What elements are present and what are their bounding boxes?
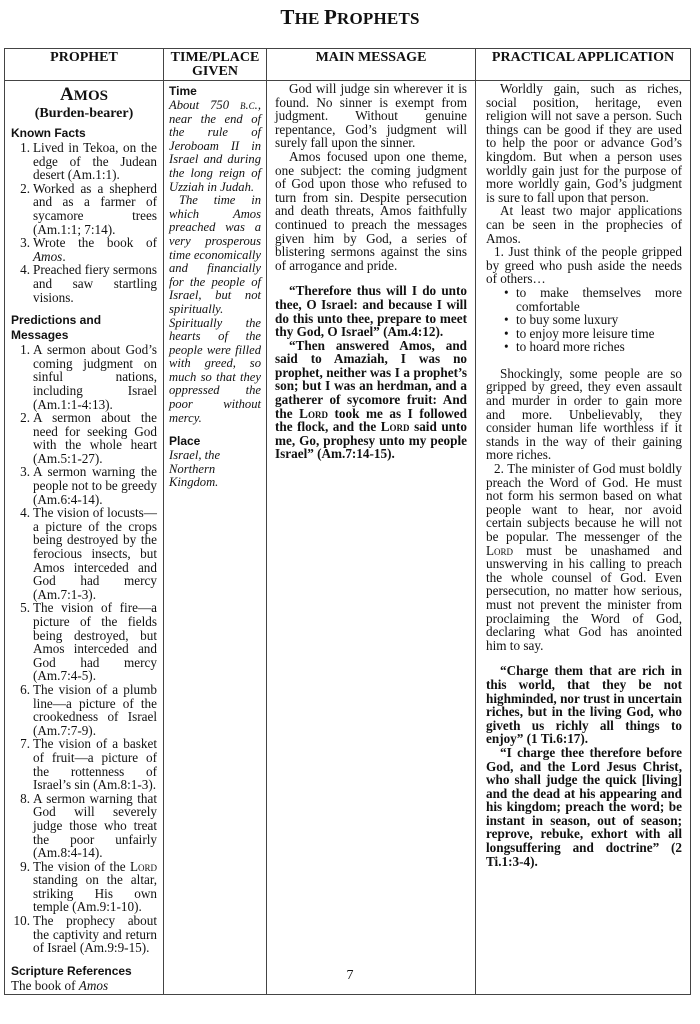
list-item: 7.The vision of a basket of fruit—a pict… xyxy=(11,737,157,791)
list-item: 9.The vision of the Lord standing on the… xyxy=(11,860,157,914)
scripture-quote-am-4-12: “Therefore thus will I do unto thee, O I… xyxy=(275,284,467,338)
item-text: The vision of fire—a picture of the fiel… xyxy=(33,600,157,683)
time-text-end: , near the end of the rule of Jeroboam I… xyxy=(169,98,261,194)
item-text: Worked as a shepherd and as a farmer of … xyxy=(33,181,157,237)
time-paragraph-2: The time in which Amos preached was a ve… xyxy=(169,194,261,425)
item-number: 4. xyxy=(11,263,30,277)
item-text: The prophecy about the captivity and ret… xyxy=(33,913,157,955)
list-item: to buy some luxury xyxy=(504,313,682,327)
item-number: 5. xyxy=(11,601,30,615)
title-initial-p: P xyxy=(324,5,337,29)
list-item: 4.The vision of locusts—a picture of the… xyxy=(11,506,157,601)
scripture-quote-2-ti-1-3: “I charge thee therefore before God, and… xyxy=(486,746,682,868)
list-item: to make themselves more comfortable xyxy=(504,286,682,313)
main-message-paragraph-2: Amos focused upon one theme, one subject… xyxy=(275,150,467,272)
page-number: 7 xyxy=(0,968,700,984)
table-header-row: PROPHET TIME/PLACE GIVEN MAIN MESSAGE PR… xyxy=(5,49,691,81)
prophet-name-rest: MOS xyxy=(74,88,108,104)
prophet-name: AMOS xyxy=(11,85,157,106)
main-message-cell: God will judge sin wherever it is found.… xyxy=(267,81,476,995)
item-text: A sermon warning the people not to be gr… xyxy=(33,464,157,506)
title-initial-t: T xyxy=(280,5,294,29)
item-text: The vision of a basket of fruit—a pictur… xyxy=(33,736,157,792)
predictions-heading: Predictions and Messages xyxy=(11,313,157,343)
list-item: 3.A sermon warning the people not to be … xyxy=(11,465,157,506)
item-number: 2. xyxy=(11,411,30,425)
prophet-name-initial: A xyxy=(60,84,74,105)
item-number: 1. xyxy=(11,343,30,357)
place-text: Israel, the Northern Kingdom. xyxy=(169,449,261,490)
header-main-message: MAIN MESSAGE xyxy=(267,49,476,81)
item-number: 6. xyxy=(11,683,30,697)
list-item: 4.Preached fiery sermons and saw startli… xyxy=(11,263,157,304)
list-item: 10.The prophecy about the captivity and … xyxy=(11,914,157,955)
header-prophet: PROPHET xyxy=(5,49,164,81)
list-item: 8.A sermon warning that God will severel… xyxy=(11,792,157,860)
scripture-quote-1-ti-6-17: “Charge them that are rich in this world… xyxy=(486,664,682,746)
known-facts-heading: Known Facts xyxy=(11,126,157,141)
item-number: 3. xyxy=(11,236,30,250)
item-text: A sermon warning that God will severely … xyxy=(33,791,157,860)
item-number: 9. xyxy=(11,860,30,874)
title-part-1: HE xyxy=(295,9,324,28)
time-place-cell: Time About 750 b.c., near the end of the… xyxy=(164,81,267,995)
item-number: 3. xyxy=(11,465,30,479)
time-text: About 750 b.c., near the end of the rule… xyxy=(169,99,261,194)
predictions-list: 1.A sermon about God’s coming judgment o… xyxy=(11,343,157,955)
application-point-1: 1. Just think of the people gripped by g… xyxy=(486,245,682,286)
list-item: 5.The vision of fire—a picture of the fi… xyxy=(11,601,157,683)
item-text: Lived in Tekoa, on the edge of the Judea… xyxy=(33,140,157,182)
greed-bullet-list: to make themselves more comfortable to b… xyxy=(486,286,682,354)
header-time-place: TIME/PLACE GIVEN xyxy=(164,49,267,81)
place-heading: Place xyxy=(169,434,261,449)
item-number: 8. xyxy=(11,792,30,806)
prophets-table: PROPHET TIME/PLACE GIVEN MAIN MESSAGE PR… xyxy=(4,48,691,995)
list-item: 3.Wrote the book of Amos. xyxy=(11,236,157,263)
item-text: A sermon about God’s coming judgment on … xyxy=(33,342,157,411)
item-number: 4. xyxy=(11,506,30,520)
item-text: Preached fiery sermons and saw startling… xyxy=(33,262,157,304)
application-paragraph-2: At least two major applications can be s… xyxy=(486,204,682,245)
item-number: 1. xyxy=(11,141,30,155)
main-message-paragraph-1: God will judge sin wherever it is found.… xyxy=(275,82,467,150)
time-text-start: About 750 xyxy=(169,98,240,112)
item-text: The vision of locusts—a picture of the c… xyxy=(33,505,157,602)
scripture-quote-am-7-14: “Then answered Amos, and said to Amaziah… xyxy=(275,339,467,461)
time-heading: Time xyxy=(169,84,261,99)
list-item: 1.A sermon about God’s coming judgment o… xyxy=(11,343,157,411)
application-paragraph-3: Shockingly, some people are so gripped b… xyxy=(486,367,682,462)
item-text-end: standing on the altar, striking His own … xyxy=(33,872,157,914)
application-paragraph-1: Worldly gain, such as riches, social pos… xyxy=(486,82,682,204)
point-text: 2. The minister of God must boldly preac… xyxy=(486,461,682,544)
item-text: The vision of a plumb line—a picture of … xyxy=(33,682,157,738)
prophet-meaning: (Burden-bearer) xyxy=(11,106,157,122)
list-item: 2.Worked as a shepherd and as a farmer o… xyxy=(11,182,157,236)
bc-smallcaps: b.c. xyxy=(240,98,258,112)
application-point-2: 2. The minister of God must boldly preac… xyxy=(486,462,682,652)
item-text: A sermon about the need for seeking God … xyxy=(33,410,157,466)
application-cell: Worldly gain, such as riches, social pos… xyxy=(476,81,691,995)
known-facts-list: 1.Lived in Tekoa, on the edge of the Jud… xyxy=(11,141,157,304)
list-item: 6.The vision of a plumb line—a picture o… xyxy=(11,683,157,737)
list-item: 1.Lived in Tekoa, on the edge of the Jud… xyxy=(11,141,157,182)
item-number: 7. xyxy=(11,737,30,751)
table-row-amos: AMOS (Burden-bearer) Known Facts 1.Lived… xyxy=(5,81,691,995)
page-title: THE PROPHETS xyxy=(0,5,700,30)
prophet-cell: AMOS (Burden-bearer) Known Facts 1.Lived… xyxy=(5,81,164,995)
header-practical-application: PRACTICAL APPLICATION xyxy=(476,49,691,81)
list-item: 2.A sermon about the need for seeking Go… xyxy=(11,411,157,465)
list-item: to hoard more riches xyxy=(504,340,682,354)
point-text: must be unashamed and unswerving in his … xyxy=(486,543,682,653)
item-number: 10. xyxy=(11,914,30,928)
list-item: to enjoy more leisure time xyxy=(504,327,682,341)
item-number: 2. xyxy=(11,182,30,196)
title-part-2: ROPHETS xyxy=(337,9,420,28)
